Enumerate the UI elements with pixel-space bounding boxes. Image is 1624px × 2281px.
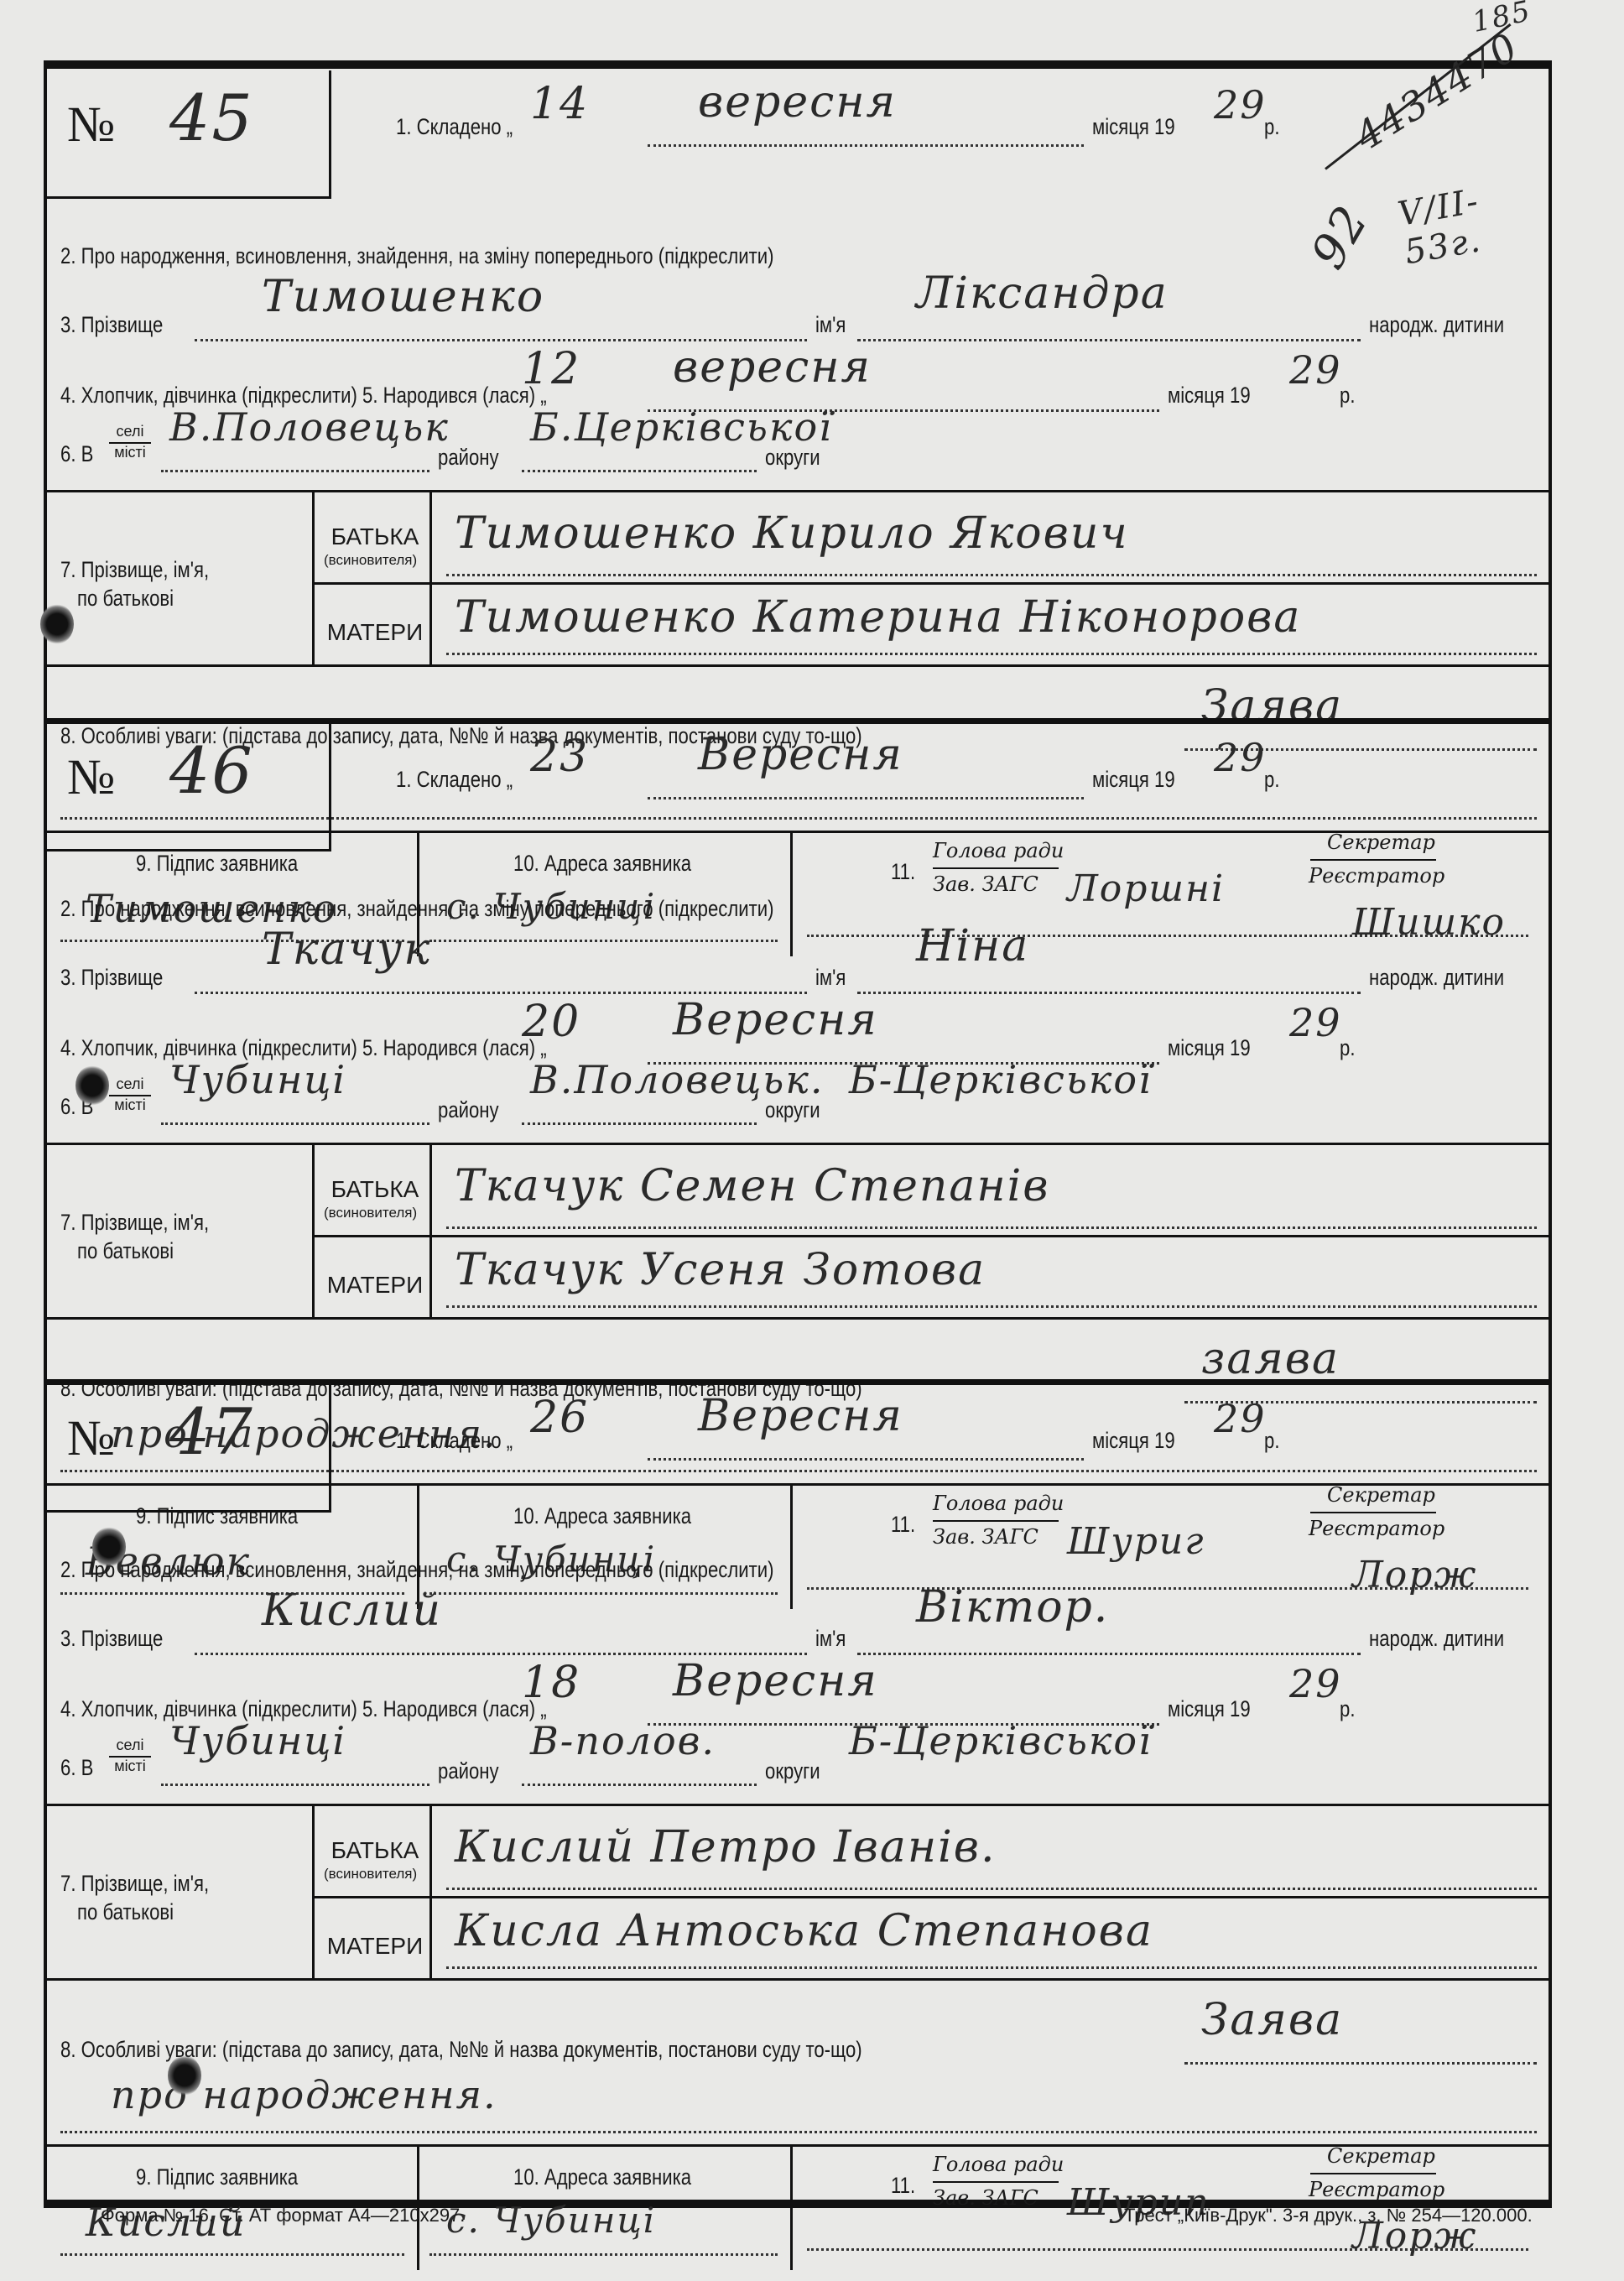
place-label: 6. В [60,441,93,467]
father-label: БАТЬКА [320,1176,429,1203]
head-of-council-label: Голова ради [933,839,1064,862]
birth-month: Вересня [673,1656,878,1706]
birth-day: 12 [522,344,580,394]
dotted-line [648,797,1084,799]
number-sign: № [67,748,115,806]
applicant-signature-label: 9. Підпис заявника [136,2164,298,2190]
child-surname: Тимошенко [262,272,544,322]
divider [312,1804,315,1978]
head-signature: Шуриг [1067,1520,1205,1563]
compiled-label: 1. Складено „ [396,1428,513,1454]
head-signature: Лоршні [1067,867,1225,910]
child-label: народж. дитини [1369,312,1504,338]
entry-number: 47 [169,1394,254,1469]
birth-village: Чубинці [169,1718,346,1763]
father-name: Тимошенко Кирило Якович [455,508,1129,559]
birth-district: В-полов. [530,1718,716,1763]
divider [312,490,315,664]
field-11-number: 11. [891,2173,915,2199]
dotted-line [522,1784,757,1786]
mother-label: МАТЕРИ [320,1933,429,1960]
divider [933,1520,1059,1522]
compiled-year: 29 [1214,1396,1267,1441]
district-label: району [438,1097,499,1123]
field-11-number: 11. [891,859,915,885]
birth-month-label: місяця 19 [1168,1696,1251,1722]
child-first-name: Віктор. [916,1582,1109,1633]
dotted-line [522,1122,757,1125]
dotted-line [857,339,1361,341]
divider [429,490,432,664]
notes-line-1: Заява [1201,1995,1343,2045]
head-of-council-label: Голова ради [933,1492,1064,1515]
parents-label-1: 7. Прізвище, ім'я, [60,557,209,583]
village-town-fraction: селімісті [109,423,151,461]
entry-number-box: № 45 [44,70,331,199]
event-type-label: 2. Про народження, всиновлення, знайденн… [60,896,774,922]
ink-blot [168,2055,201,2096]
divider [44,1317,1549,1320]
field-11-number: 11. [891,1512,915,1538]
dotted-line [161,1784,429,1786]
secretary-label: Секретар [1327,2144,1435,2168]
father-label: БАТЬКА [320,1837,429,1864]
applicant-address: с. Чубинці [446,2200,656,2241]
father-sublabel: (всиновителя) [324,1866,417,1883]
registrar-label: Реєстратор [1309,1517,1444,1540]
year-suffix: р. [1340,1696,1355,1722]
event-type-label: 2. Про народження, всиновлення, знайденн… [60,1557,774,1583]
compiled-day: 26 [530,1393,589,1443]
birth-month-label: місяця 19 [1168,1035,1251,1061]
divider [1310,1512,1436,1513]
dotted-line [60,2253,404,2256]
surname-label: 3. Прізвище [60,312,163,338]
ink-blot [40,604,74,644]
dotted-line [429,2253,778,2256]
village-town-fraction: селімісті [109,1737,151,1775]
compiled-month-label: місяця 19 [1092,767,1175,793]
footer-form-info: Форма № 16. Ст. АТ формат А4—210x297. [101,2205,465,2226]
dotted-line [807,1587,1528,1590]
district-label: району [438,1758,499,1784]
child-surname: Кислий [262,1586,442,1636]
stamp-slash [1325,23,1511,170]
divider [44,2144,1549,2147]
compiled-year: 29 [1214,82,1267,128]
birth-district: В.Половецьк. [530,1057,824,1102]
dotted-line [446,574,1537,576]
compiled-day: 23 [530,732,589,782]
dotted-line [446,1226,1537,1229]
birth-year: 29 [1289,1000,1342,1045]
ink-blot [75,1065,109,1106]
parents-label-2: по батькові [77,586,174,612]
footer-printer-info: Трест „Київ-Друк". 3-я друк., з. № 254—1… [1124,2205,1533,2226]
dotted-line [522,470,757,472]
birth-year: 29 [1289,1661,1342,1706]
surname-label: 3. Прізвище [60,965,163,991]
entry-number-box: № 46 [44,723,331,851]
divider [44,664,1549,667]
dotted-line [429,1592,778,1595]
divider [312,1896,1549,1898]
entry-separator [44,718,1549,724]
zags-head-label: Зав. ЗАГС [933,1525,1038,1549]
mother-label: МАТЕРИ [320,1272,429,1299]
birth-month: Вересня [673,995,878,1045]
dotted-line [1184,2062,1537,2065]
ink-blot [92,1527,126,1567]
child-first-name: Ліксандра [916,268,1169,319]
father-label: БАТЬКА [320,523,429,550]
compiled-month: вересня [698,77,897,128]
dotted-line [446,1888,1537,1890]
secretary-signature: Лорж [1352,1554,1477,1596]
dotted-line [161,1122,429,1125]
mother-label: МАТЕРИ [320,619,429,646]
compiled-label: 1. Складено „ [396,767,513,793]
year-suffix: р. [1264,767,1279,793]
compiled-day: 14 [530,79,589,129]
dotted-line [857,992,1361,994]
okrug-label: округи [765,445,820,471]
divider [429,1143,432,1317]
divider [790,1483,793,1609]
entry-number-box: № 47 [44,1384,331,1513]
divider [44,1804,1549,1806]
number-sign: № [67,1409,115,1467]
dotted-line [161,470,429,472]
dotted-line [857,1653,1361,1655]
child-first-name: Ніна [916,921,1029,971]
divider [1310,859,1436,861]
child-label: народж. дитини [1369,1626,1504,1652]
compiled-month: Вересня [698,1391,903,1441]
year-suffix: р. [1264,114,1279,140]
entry-number: 46 [169,733,254,808]
zags-head-label: Зав. ЗАГС [933,872,1038,896]
compiled-label: 1. Складено „ [396,114,513,140]
name-label: ім'я [815,1626,846,1652]
divider [933,867,1059,869]
mother-name: Тимошенко Катерина Ніконорова [455,592,1301,643]
birth-okrug: Б-Церківської [849,1057,1153,1102]
child-surname: Ткачук [262,924,431,975]
okrug-label: округи [765,1097,820,1123]
village-town-fraction: селімісті [109,1075,151,1114]
notes-line-1: заява [1201,1334,1340,1384]
dotted-line [648,144,1084,147]
dotted-line [807,935,1528,937]
father-sublabel: (всиновителя) [324,552,417,569]
mother-name: Кисла Антоська Степанова [455,1906,1153,1956]
applicant-address-label: 10. Адреса заявника [513,1503,691,1529]
secretary-label: Секретар [1327,831,1435,854]
father-name: Кислий Петро Іванів. [455,1822,997,1872]
secretary-signature: Шишко [1352,901,1506,944]
child-label: народж. дитини [1369,965,1504,991]
name-label: ім'я [815,965,846,991]
divider [312,1143,315,1317]
divider [44,1143,1549,1145]
event-type-label: 2. Про народження, всиновлення, знайденн… [60,243,774,269]
place-label: 6. В [60,1755,93,1781]
parents-label-2: по батькові [77,1238,174,1264]
archival-stamp: 4434470 92 V/II-53г. [1309,84,1527,252]
parents-label-2: по батькові [77,1899,174,1925]
stamp-code-top: 4434470 [1347,23,1527,159]
divider [1310,2173,1436,2174]
applicant-address-label: 10. Адреса заявника [513,2164,691,2190]
birth-village: Чубинці [169,1057,346,1102]
birth-district: Б.Церківської [530,404,833,450]
year-suffix: р. [1340,383,1355,409]
parents-label-1: 7. Прізвище, ім'я, [60,1871,209,1897]
surname-label: 3. Прізвище [60,1626,163,1652]
dotted-line [807,2248,1528,2251]
dotted-line [446,653,1537,655]
birth-month: вересня [673,342,872,393]
year-suffix: р. [1340,1035,1355,1061]
applicant-address-label: 10. Адреса заявника [513,851,691,877]
parents-label-1: 7. Прізвище, ім'я, [60,1210,209,1236]
divider [790,2144,793,2270]
dotted-line [429,940,778,942]
divider [933,2181,1059,2183]
secretary-label: Секретар [1327,1483,1435,1507]
name-label: ім'я [815,312,846,338]
zags-head-label: Зав. ЗАГС [933,2186,1038,2210]
birth-month-label: місяця 19 [1168,383,1251,409]
birth-year: 29 [1289,347,1342,393]
compiled-month-label: місяця 19 [1092,1428,1175,1454]
divider [312,1235,1549,1237]
divider [312,582,1549,585]
dotted-line [648,1458,1084,1461]
registrar-label: Реєстратор [1309,2178,1444,2201]
birth-village: В.Половецьк [169,404,450,450]
compiled-year: 29 [1214,735,1267,780]
father-sublabel: (всиновителя) [324,1205,417,1221]
divider [790,831,793,956]
dotted-line [446,1305,1537,1308]
notes-line-1: Заява [1201,681,1343,732]
divider [44,1978,1549,1981]
birth-okrug: Б-Церківської [849,1718,1153,1763]
entry-number: 45 [169,81,254,155]
divider [429,1804,432,1978]
birth-day: 18 [522,1658,580,1708]
dotted-line [195,992,807,994]
number-sign: № [67,96,115,154]
district-label: району [438,445,499,471]
applicant-signature-label: 9. Підпис заявника [136,851,298,877]
birth-day: 20 [522,997,580,1047]
dotted-line [60,2131,1537,2133]
father-name: Ткачук Семен Степанів [455,1161,1050,1211]
head-of-council-label: Голова ради [933,2153,1064,2176]
dotted-line [195,1653,807,1655]
okrug-label: округи [765,1758,820,1784]
dotted-line [446,1966,1537,1969]
registrar-label: Реєстратор [1309,864,1444,888]
year-suffix: р. [1264,1428,1279,1454]
entry-separator [44,1379,1549,1385]
compiled-month: Вересня [698,730,903,780]
dotted-line [195,339,807,341]
divider [44,490,1549,492]
compiled-month-label: місяця 19 [1092,114,1175,140]
mother-name: Ткачук Усеня Зотова [455,1245,986,1295]
